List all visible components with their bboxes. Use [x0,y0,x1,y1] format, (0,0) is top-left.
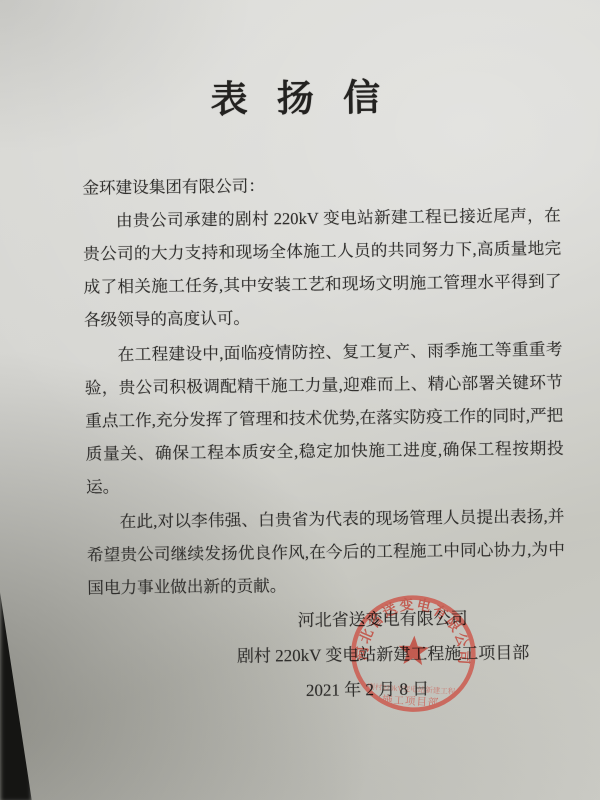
seal-star-icon [398,635,430,666]
letter-body: 金环建设集团有限公司： 由贵公司承建的剧村 220kV 变电站新建工程已接近尾声… [82,166,565,605]
seal-project-text: 剧村220kV变电站新建工程 [367,681,456,696]
letter-page: 表 扬 信 金环建设集团有限公司： 由贵公司承建的剧村 220kV 变电站新建工… [0,0,600,800]
paragraph-2: 在工程建设中,面临疫情防控、复工复产、雨季施工等重重考验，贵公司积极调配精干施工… [84,333,564,504]
letter-photo: 表 扬 信 金环建设集团有限公司： 由贵公司承建的剧村 220kV 变电站新建工… [0,0,600,800]
paragraph-3: 在此,对以李伟强、白贵省为代表的现场管理人员提出表扬,并希望贵公司继续发扬优良作… [86,500,565,605]
official-seal-stamp: 河北省送变电有限公司 剧村220kV变电站新建工程 施工项目部 [339,584,487,732]
letter-title: 表 扬 信 [0,64,597,125]
paragraph-1: 由贵公司承建的剧村 220kV 变电站新建工程已接近尾声，在贵公司的大力支持和现… [83,199,563,337]
